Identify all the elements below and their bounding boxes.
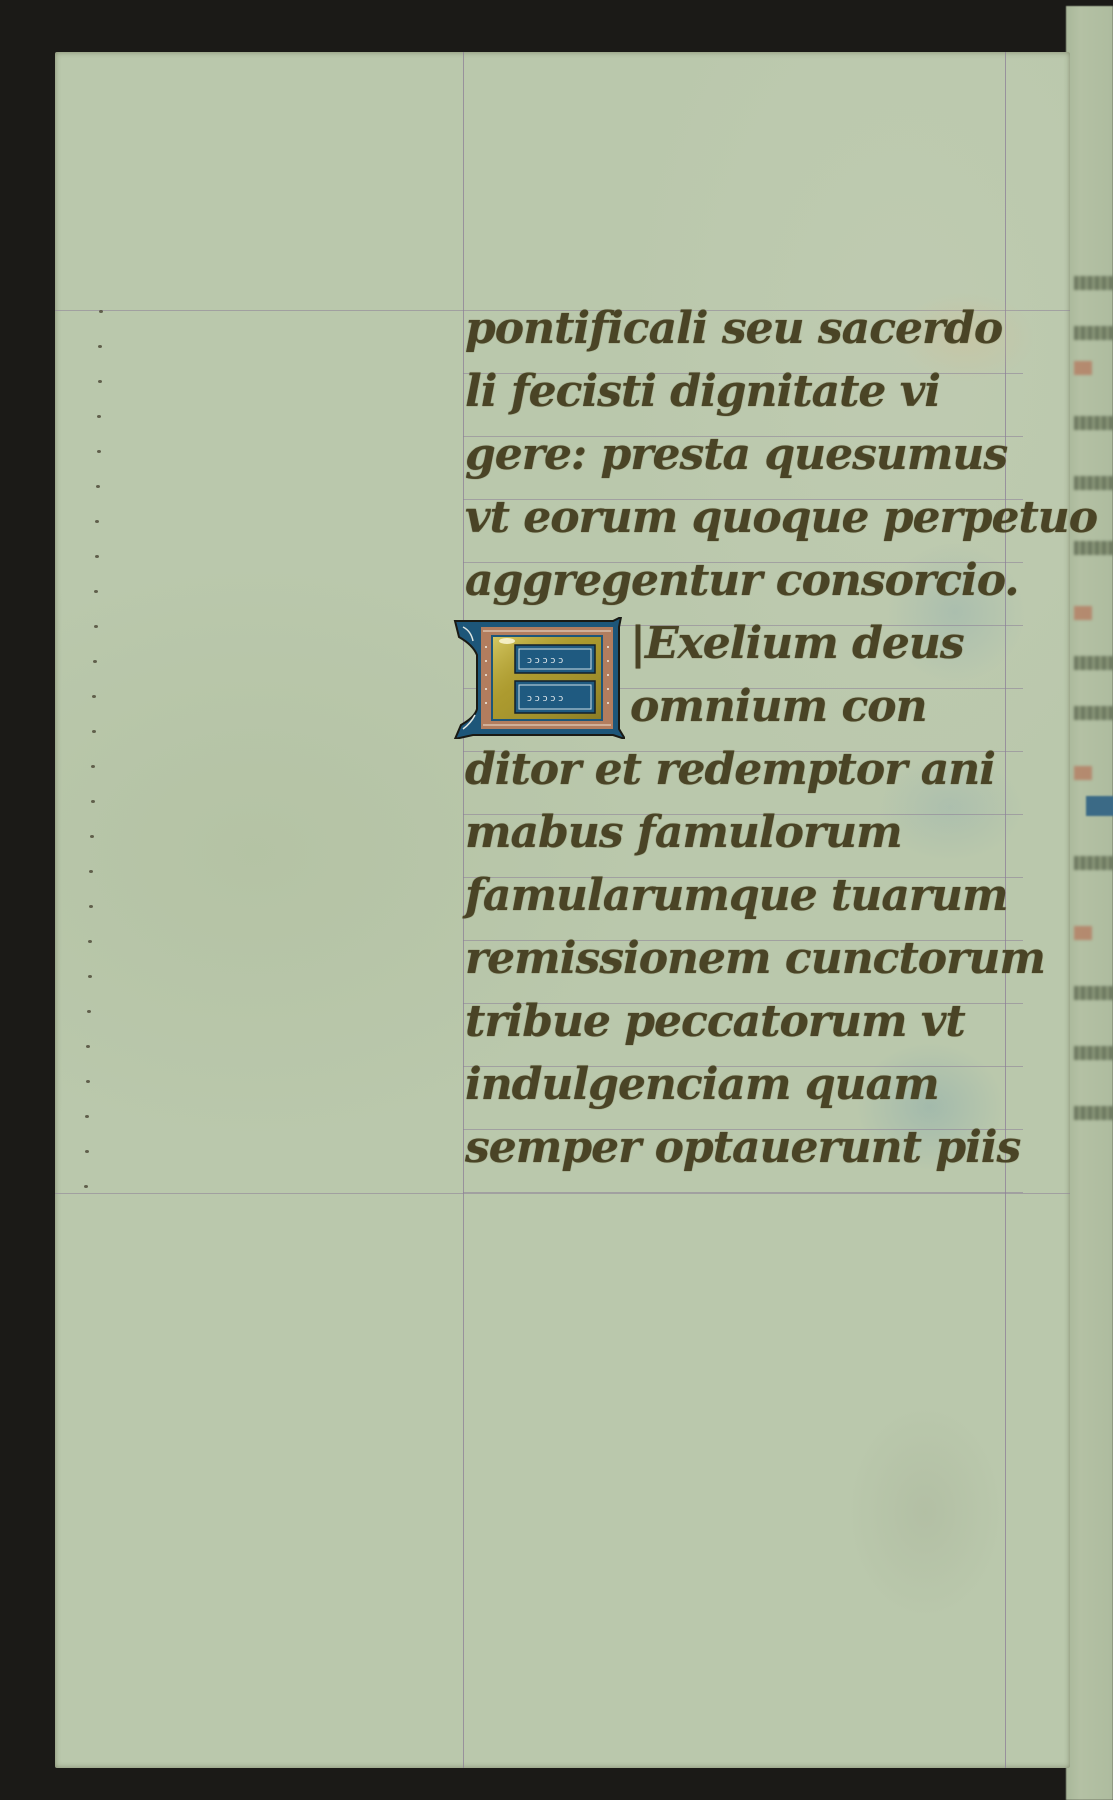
adjacent-text-line <box>1074 706 1113 720</box>
adjacent-page-edge <box>1066 6 1113 1800</box>
pricking-hole <box>97 415 101 418</box>
text-line: |Exelium deus <box>630 612 964 675</box>
pricking-hole <box>84 1185 88 1188</box>
pricking-hole <box>99 310 103 313</box>
pricking-hole <box>98 380 102 383</box>
stain <box>845 1402 1005 1622</box>
pricking-hole <box>86 1080 90 1083</box>
adjacent-rubric <box>1074 766 1092 780</box>
text-line: ditor et redemptor ani <box>465 738 995 801</box>
adjacent-text-line <box>1074 416 1113 430</box>
text-line: semper optauerunt piis <box>465 1116 1020 1179</box>
pricking-hole <box>94 625 98 628</box>
manuscript-page: pontificali seu sacerdo li fecisti digni… <box>55 52 1070 1768</box>
adjacent-text-line <box>1074 986 1113 1000</box>
pricking-hole <box>85 1150 89 1153</box>
pricking-hole <box>87 1010 91 1013</box>
pricking-hole <box>88 940 92 943</box>
text-line: aggregentur consorcio. <box>465 549 1019 612</box>
pricking-hole <box>92 730 96 733</box>
initial-d-icon: ɔ ɔ ɔ ɔ ɔ ɔ ɔ ɔ ɔ ɔ <box>453 617 625 739</box>
svg-text:ɔ ɔ ɔ ɔ ɔ: ɔ ɔ ɔ ɔ ɔ <box>527 656 563 666</box>
pricking-hole <box>89 905 93 908</box>
adjacent-rubric <box>1074 361 1092 375</box>
pricking-hole <box>96 485 100 488</box>
pricking-hole <box>85 1115 89 1118</box>
adjacent-text-line <box>1074 1106 1113 1120</box>
svg-text:ɔ ɔ ɔ ɔ ɔ: ɔ ɔ ɔ ɔ ɔ <box>527 694 563 704</box>
text-line: tribue peccatorum vt <box>465 990 965 1053</box>
pricking-hole <box>97 450 101 453</box>
illuminated-initial: ɔ ɔ ɔ ɔ ɔ ɔ ɔ ɔ ɔ ɔ <box>453 617 625 739</box>
text-line: indulgenciam quam <box>465 1053 939 1116</box>
adjacent-text-line <box>1074 656 1113 670</box>
adjacent-text-line <box>1074 856 1113 870</box>
pricking-hole <box>92 695 96 698</box>
text-line: pontificali seu sacerdo <box>465 297 1002 360</box>
ruling-horizontal-bottom <box>55 1193 1070 1194</box>
pricking-hole <box>89 870 93 873</box>
text-line: remissionem cunctorum <box>465 927 1045 990</box>
adjacent-text-line <box>1074 326 1113 340</box>
adjacent-text-line <box>1074 1046 1113 1060</box>
pricking-hole <box>86 1045 90 1048</box>
pricking-hole <box>93 660 97 663</box>
text-line: li fecisti dignitate vi <box>465 360 940 423</box>
text-line: vt eorum quoque perpetuo <box>465 486 1097 549</box>
adjacent-blue-initial <box>1086 796 1113 816</box>
pricking-hole <box>88 975 92 978</box>
pricking-hole <box>95 520 99 523</box>
text-line: omnium con <box>630 675 927 738</box>
text-ruling-line <box>463 1192 1023 1193</box>
text-line: famularumque tuarum <box>465 864 1008 927</box>
pricking-hole <box>91 765 95 768</box>
pricking-hole <box>98 345 102 348</box>
adjacent-rubric <box>1074 606 1092 620</box>
adjacent-text-line <box>1074 276 1113 290</box>
pricking-hole <box>90 835 94 838</box>
adjacent-rubric <box>1074 926 1092 940</box>
text-line: mabus famulorum <box>465 801 902 864</box>
pricking-hole <box>91 800 95 803</box>
text-line: gere: presta quesumus <box>465 423 1007 486</box>
pricking-hole <box>94 590 98 593</box>
pricking-hole <box>95 555 99 558</box>
